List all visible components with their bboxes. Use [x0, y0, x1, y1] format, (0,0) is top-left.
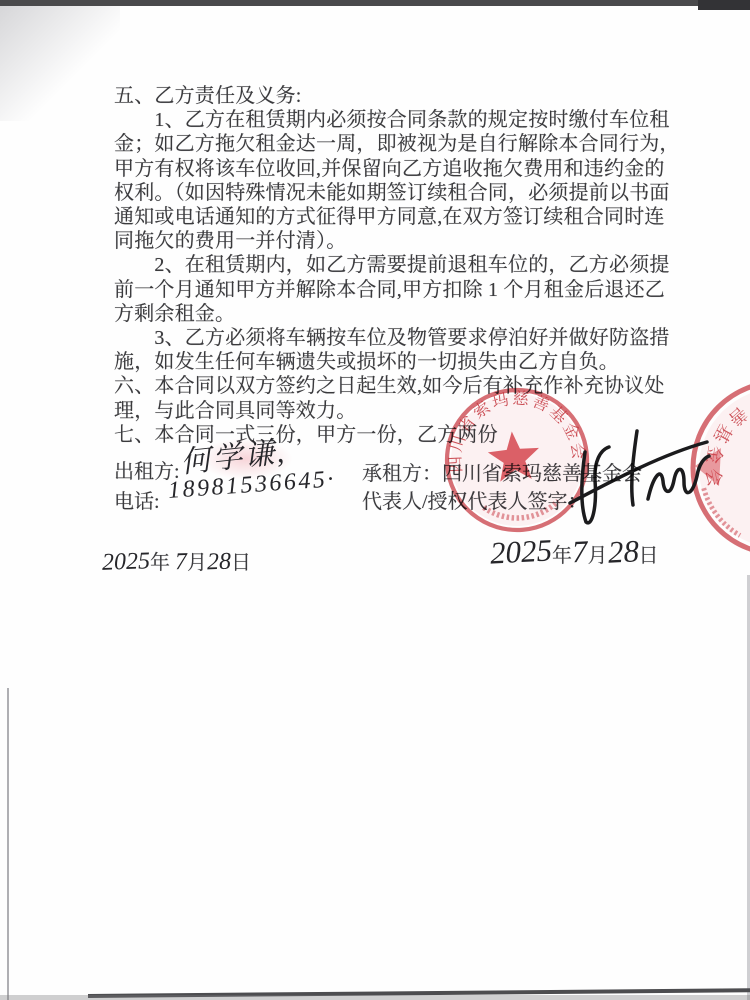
scan-edge-left: [7, 688, 9, 1000]
lessee-date-year: 2025: [489, 532, 553, 571]
seal-ring: [693, 382, 750, 554]
contract-text-line: 通知或电话通知的方式征得甲方同意,在双方签订续租合同时连: [114, 205, 676, 229]
lessor-date-year: 2025: [102, 548, 151, 577]
contract-text-line: 3、乙方必须将车辆按车位及物管要求停泊好并做好防盗措: [114, 326, 676, 350]
contract-text-line: 前一个月通知甲方并解除本合同,甲方扣除 1 个月租金后退还乙: [114, 278, 676, 302]
contract-text-line: 1、乙方在租赁期内必须按合同条款的规定按时缴付车位租: [114, 108, 676, 132]
representative-label: 代表人/授权代表人签字：: [362, 485, 588, 514]
star-point-icon: [695, 448, 721, 486]
contract-text-line: 甲方有权将该车位收回,并保留向乙方追收拖欠费用和违约金的: [114, 157, 676, 181]
scanned-contract-page: 五、乙方责任及义务: 1、乙方在租赁期内必须按合同条款的规定按时缴付车位租 金；…: [0, 0, 750, 1000]
contract-text-line: 权利。（如因特殊情况未能如期签订续租合同，必须提前以书面: [114, 181, 676, 205]
contract-section-5-heading: 五、乙方责任及义务:: [114, 84, 676, 108]
year-unit: 年: [552, 545, 572, 567]
partial-seal-stamp: 善基金会: [693, 382, 750, 554]
svg-text:善基金会: 善基金会: [702, 403, 750, 495]
lessor-date: 2025年 7月28日: [86, 528, 251, 594]
contract-text-line: 理，与此合同具同等效力。: [114, 399, 676, 423]
lessor-date-day: 28: [207, 549, 232, 577]
contract-section-6-clause: 六、本合同以双方签约之日起生效,如今后有补充作补充协议处: [114, 374, 676, 398]
year-unit: 年: [150, 552, 170, 574]
contract-text-line: 金；如乙方拖欠租金达一周，即被视为是自行解除本合同行为，: [114, 132, 676, 156]
lessee-name: 四川省索玛慈善基金会: [442, 463, 642, 485]
contract-body: 五、乙方责任及义务: 1、乙方在租赁期内必须按合同条款的规定按时缴付车位租 金；…: [114, 84, 676, 447]
phone-label: 电话:: [114, 485, 160, 514]
month-unit: 月: [187, 552, 207, 574]
contract-text-line: 方剩余租金。: [114, 302, 676, 326]
contract-text-line: 同拖欠的费用一并付清）。: [114, 229, 676, 253]
lessee-line: 承租方：四川省索玛慈善基金会: [362, 457, 642, 486]
lessee-date: 2025年7月28日: [474, 516, 659, 588]
contract-text-line: 施，如发生任何车辆遗失或损坏的一切损失由乙方自负。: [114, 350, 676, 374]
scan-edge-top-notch: [698, 0, 750, 10]
contract-text-line: 2、在租赁期内，如乙方需要提前退租车位的，乙方必须提: [114, 253, 676, 277]
scan-edge-bottom-shade: [0, 995, 750, 1000]
lessee-date-day: 28: [607, 533, 640, 571]
day-unit: 日: [639, 545, 659, 567]
lessor-date-month: 7: [175, 549, 188, 576]
seal-micro-text: [704, 488, 740, 535]
scan-smudge-top-left: [0, 6, 120, 121]
lessee-date-month: 7: [571, 534, 588, 571]
lessee-label: 承租方：: [362, 463, 442, 485]
day-unit: 日: [231, 552, 251, 574]
month-unit: 月: [588, 545, 608, 567]
partial-seal-arc-text: 善基金会: [702, 403, 750, 495]
